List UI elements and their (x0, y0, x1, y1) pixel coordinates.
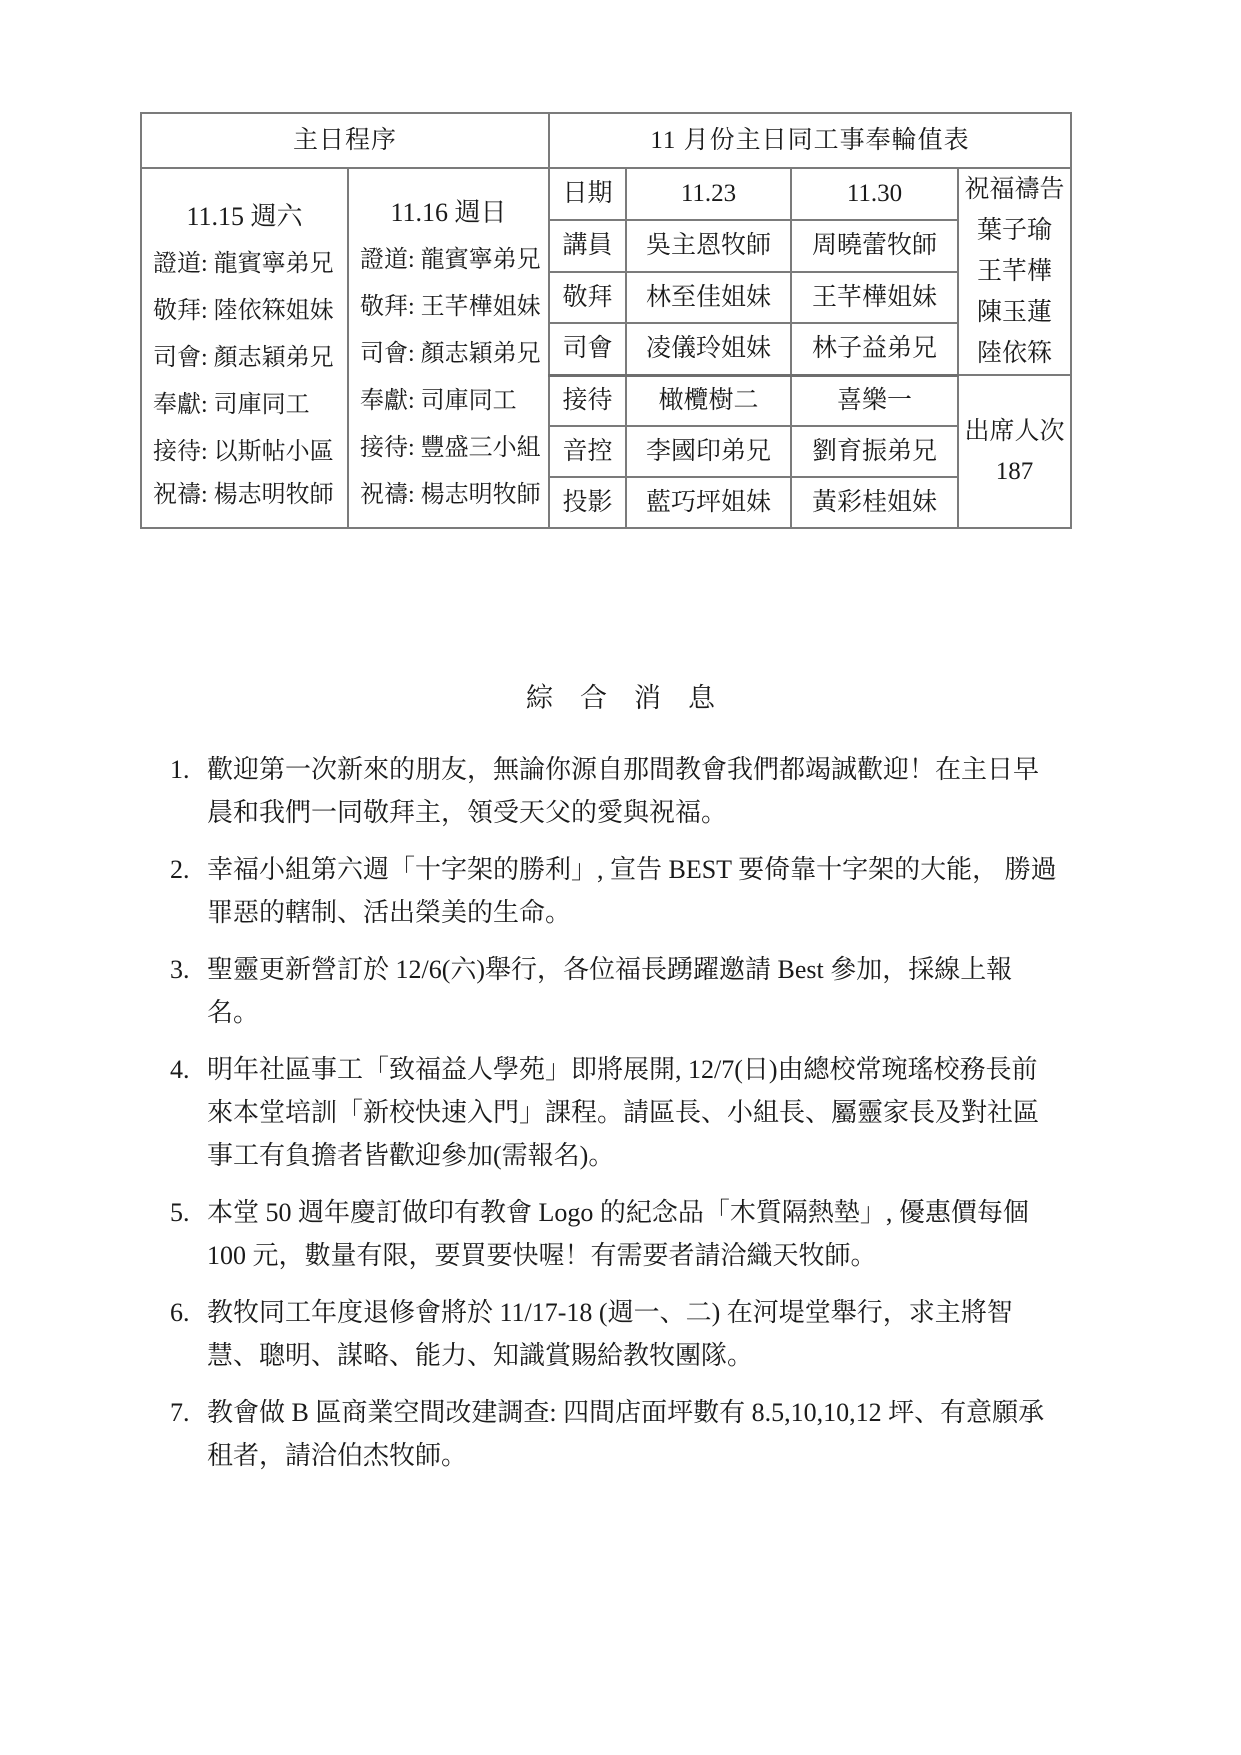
blessing-prayer-cell: 祝福禱告 葉子瑜 王芊樺 陳玉蓮 陸依箖 (958, 168, 1071, 375)
roster-value: 李國印弟兄 (626, 426, 791, 477)
roster-value: 黃彩桂姐妹 (791, 477, 958, 528)
program-sat-line: 祝禱: 楊志明牧師 (142, 476, 347, 514)
program-sat-line: 接待: 以斯帖小區 (142, 429, 347, 476)
announcement-item: 2. 幸福小組第六週「十字架的勝利」, 宣告 BEST 要倚靠十字架的大能， 勝… (170, 848, 1070, 934)
blessing-name: 王芊樺 (959, 251, 1070, 292)
announcement-text: 幸福小組第六週「十字架的勝利」, 宣告 BEST 要倚靠十字架的大能， 勝過罪惡… (207, 848, 1057, 934)
roster-value: 藍巧坪姐妹 (626, 477, 791, 528)
announcement-text: 明年社區事工「致福益人學苑」即將展開, 12/7(日)由總校常琬瑤校務長前來本堂… (207, 1048, 1057, 1177)
program-sun-line: 接待: 豐盛三小組 (349, 424, 548, 471)
roster-value: 王芊樺姐妹 (791, 272, 958, 324)
roster-row-date: 11.15 週六 證道: 龍賓寧弟兄 敬拜: 陸依箖姐妹 司會: 顏志穎弟兄 奉… (141, 168, 1071, 220)
program-sun-line: 祝禱: 楊志明牧師 (349, 471, 548, 518)
program-sunday-cell: 11.16 週日 證道: 龍賓寧弟兄 敬拜: 王芊樺姐妹 司會: 顏志穎弟兄 奉… (348, 168, 549, 528)
roster-value: 凌儀玲姐妹 (626, 323, 791, 375)
announcement-item: 3. 聖靈更新營訂於 12/6(六)舉行，各位福長踴躍邀請 Best 參加，採線… (170, 948, 1070, 1034)
roster-value: 劉育振弟兄 (791, 426, 958, 477)
announcement-number: 7. (170, 1391, 207, 1434)
program-section-header: 主日程序 (141, 113, 549, 168)
program-sun-line: 敬拜: 王芊樺姐妹 (349, 283, 548, 330)
announcement-number: 5. (170, 1191, 207, 1234)
roster-value: 周曉蕾牧師 (791, 220, 958, 272)
announcement-item: 4. 明年社區事工「致福益人學苑」即將展開, 12/7(日)由總校常琬瑤校務長前… (170, 1048, 1070, 1177)
program-sat-date: 11.15 週六 (142, 195, 347, 241)
announcement-number: 1. (170, 748, 207, 791)
announcement-number: 6. (170, 1291, 207, 1334)
announcement-number: 2. (170, 848, 207, 891)
attendance-cell: 出席人次 187 (958, 375, 1071, 528)
attendance-count: 187 (959, 452, 1070, 492)
announcement-item: 7. 教會做 B 區商業空間改建調查: 四間店面坪數有 8.5,10,10,12… (170, 1391, 1070, 1477)
bulletin-page: 主日程序 11 月份主日同工事奉輪值表 11.15 週六 證道: 龍賓寧弟兄 敬… (0, 0, 1241, 1755)
program-sun-line: 奉獻: 司庫同工 (349, 377, 548, 424)
roster-value: 橄欖樹二 (626, 375, 791, 426)
announcement-text: 教牧同工年度退修會將於 11/17-18 (週一、二) 在河堤堂舉行，求主將智慧… (207, 1291, 1057, 1377)
roster-label: 接待 (549, 375, 626, 426)
roster-label: 音控 (549, 426, 626, 477)
program-sun-line: 證道: 龍賓寧弟兄 (349, 236, 548, 283)
attendance-label: 出席人次 (959, 412, 1070, 452)
roster-label: 敬拜 (549, 272, 626, 324)
blessing-name: 陸依箖 (959, 333, 1070, 374)
announcement-text: 聖靈更新營訂於 12/6(六)舉行，各位福長踴躍邀請 Best 參加，採線上報名… (207, 948, 1057, 1034)
blessing-name: 葉子瑜 (959, 210, 1070, 251)
program-saturday-cell: 11.15 週六 證道: 龍賓寧弟兄 敬拜: 陸依箖姐妹 司會: 顏志穎弟兄 奉… (141, 168, 348, 528)
announcement-text: 歡迎第一次新來的朋友，無論你源自那間教會我們都竭誠歡迎！在主日早晨和我們一同敬拜… (207, 748, 1057, 834)
announcement-number: 4. (170, 1048, 207, 1091)
roster-value: 11.23 (626, 168, 791, 220)
announcements-title: 綜 合 消 息 (0, 676, 1241, 715)
program-sat-line: 奉獻: 司庫同工 (142, 382, 347, 429)
program-sat-line: 證道: 龍賓寧弟兄 (142, 241, 347, 288)
roster-label: 講員 (549, 220, 626, 272)
announcement-number: 3. (170, 948, 207, 991)
roster-label: 司會 (549, 323, 626, 375)
blessing-name: 陳玉蓮 (959, 292, 1070, 333)
program-sat-line: 敬拜: 陸依箖姐妹 (142, 288, 347, 335)
service-schedule-table: 主日程序 11 月份主日同工事奉輪值表 11.15 週六 證道: 龍賓寧弟兄 敬… (140, 112, 1072, 529)
announcement-item: 5. 本堂 50 週年慶訂做印有教會 Logo 的紀念品「木質隔熱墊」, 優惠價… (170, 1191, 1070, 1277)
blessing-title: 祝福禱告 (959, 169, 1070, 210)
announcements-list: 1. 歡迎第一次新來的朋友，無論你源自那間教會我們都竭誠歡迎！在主日早晨和我們一… (170, 748, 1070, 1491)
program-sun-line: 司會: 顏志穎弟兄 (349, 330, 548, 377)
roster-label: 日期 (549, 168, 626, 220)
roster-label: 投影 (549, 477, 626, 528)
table-header-row: 主日程序 11 月份主日同工事奉輪值表 (141, 113, 1071, 168)
program-sun-date: 11.16 週日 (349, 190, 548, 236)
roster-section-header: 11 月份主日同工事奉輪值表 (549, 113, 1071, 168)
announcement-text: 本堂 50 週年慶訂做印有教會 Logo 的紀念品「木質隔熱墊」, 優惠價每個 … (207, 1191, 1057, 1277)
roster-value: 喜樂一 (791, 375, 958, 426)
program-sat-line: 司會: 顏志穎弟兄 (142, 335, 347, 382)
roster-value: 林子益弟兄 (791, 323, 958, 375)
announcement-item: 6. 教牧同工年度退修會將於 11/17-18 (週一、二) 在河堤堂舉行，求主… (170, 1291, 1070, 1377)
announcement-item: 1. 歡迎第一次新來的朋友，無論你源自那間教會我們都竭誠歡迎！在主日早晨和我們一… (170, 748, 1070, 834)
roster-value: 林至佳姐妹 (626, 272, 791, 324)
announcement-text: 教會做 B 區商業空間改建調查: 四間店面坪數有 8.5,10,10,12 坪、… (207, 1391, 1057, 1477)
roster-value: 11.30 (791, 168, 958, 220)
roster-value: 吳主恩牧師 (626, 220, 791, 272)
